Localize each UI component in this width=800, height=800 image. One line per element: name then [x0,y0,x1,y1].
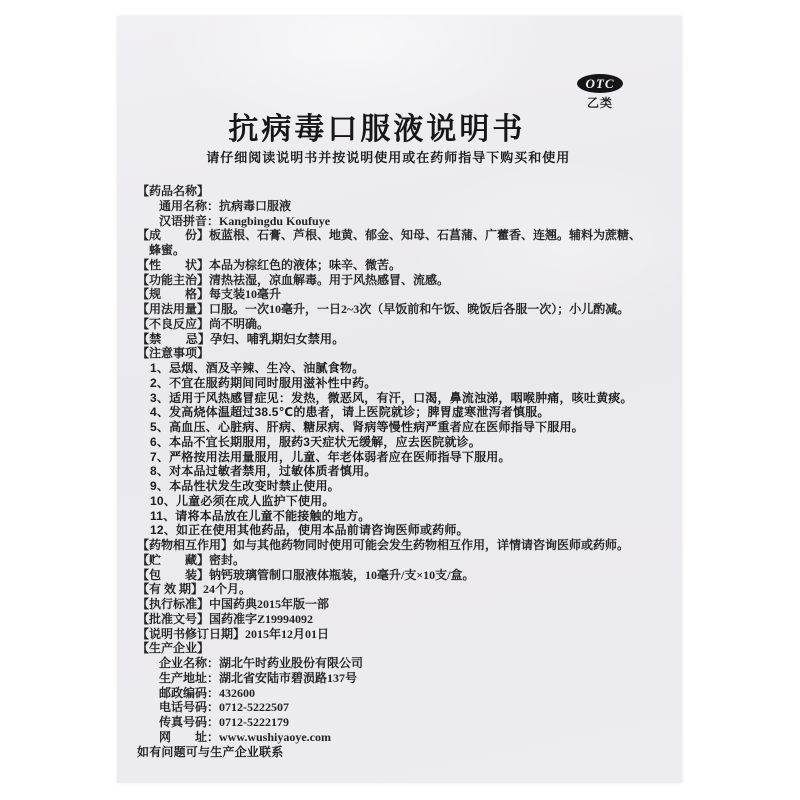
precaution-item-4: 4、发高烧体温超过38.5℃的患者，请上医院就诊；脾胃虚寒泄泻者慎服。 [137,405,660,420]
precaution-item-3: 3、适用于风热感冒症见：发热，微恶风，有汗，口渴，鼻流浊涕，咽喉肿痛，咳吐黄痰。 [137,391,660,406]
precaution-item-5: 5、高血压、心脏病、肝病、糖尿病、肾病等慢性病严重者应在医师指导下服用。 [137,420,660,435]
precaution-item-2: 2、不宜在服药期间同时服用滋补性中药。 [137,376,660,391]
precaution-item-10: 10、儿童必须在成人监护下使用。 [137,494,660,509]
standard-line: 【执行标准】中国药典2015年版一部 [137,597,660,612]
company-name-line: 企业名称：湖北午时药业股份有限公司 [137,656,660,671]
pinyin-line: 汉语拼音：Kangbingdu Koufuye [137,214,660,229]
indications-line: 【功能主治】清热祛湿，凉血解毒。用于风热感冒、流感。 [137,273,660,288]
phone-line: 电话号码：0712-5222507 [137,700,660,715]
packaging-line: 【包 装】钠钙玻璃管制口服液体瓶装，10毫升/支×10支/盒。 [137,568,660,583]
shelf-life-line: 【有 效 期】24个月。 [137,582,660,597]
precaution-item-7: 7、严格按用法用量服用，儿童、年老体弱者应在医师指导下服用。 [137,450,660,465]
leaflet-body: 【药品名称】 通用名称：抗病毒口服液 汉语拼音：Kangbingdu Koufu… [137,184,660,759]
precautions-header: 【注意事项】 [137,346,660,361]
revision-date-line: 【说明书修订日期】2015年12月01日 [137,627,660,642]
precaution-item-12: 12、如正在使用其他药品，使用本品前请咨询医师或药师。 [137,523,660,538]
character-line: 【性 状】本品为棕红色的液体；味辛、微苦。 [137,258,660,273]
precaution-item-6: 6、本品不宜长期服用，服药3天症状无缓解，应去医院就诊。 [137,435,660,450]
adverse-reactions-line: 【不良反应】尚不明确。 [137,317,660,332]
website-line: 网 址：www.wushiyaoye.com [137,730,660,745]
approval-number-line: 【批准文号】国药准字Z19994092 [137,612,660,627]
dosage-line: 【用法用量】口服。一次10毫升，一日2~3次（早饭前和午饭、晚饭后各服一次）；小… [137,302,660,317]
precaution-item-8: 8、对本品过敏者禁用，过敏体质者慎用。 [137,464,660,479]
leaflet-paper: OTC 乙类 抗病毒口服液说明书 请仔细阅读说明书并按说明使用或在药师指导下购买… [117,16,682,783]
otc-badge-icon: OTC [577,74,623,93]
page-subtitle: 请仔细阅读说明书并按说明使用或在药师指导下购买和使用 [117,147,659,166]
precaution-item-9: 9、本品性状发生改变时禁止使用。 [137,479,660,494]
fax-line: 传真号码：0712-5222179 [137,715,660,730]
specification-line: 【规 格】每支装10毫升 [137,287,660,302]
contraindications-line: 【禁 忌】孕妇、哺乳期妇女禁用。 [137,332,660,347]
ingredients-wrap-line: 蜂蜜。 [137,243,660,258]
postcode-line: 邮政编码：432600 [137,686,660,701]
precaution-item-1: 1、忌烟、酒及辛辣、生冷、油腻食物。 [137,361,660,376]
manufacturer-header: 【生产企业】 [137,641,660,656]
drug-interactions-line: 【药物相互作用】如与其他药物同时使用可能会发生药物相互作用，详情请咨询医师或药师… [137,538,660,553]
contact-note-line: 如有问题可与生产企业联系 [137,745,660,760]
precaution-item-11: 11、请将本品放在儿童不能接触的地方。 [137,509,660,524]
page-title: 抗病毒口服液说明书 [117,104,637,148]
section-drug-name: 【药品名称】 [137,184,660,199]
storage-line: 【贮 藏】密封。 [137,553,660,568]
generic-name-line: 通用名称：抗病毒口服液 [137,199,660,214]
company-address-line: 生产地址：湖北省安陆市碧涢路137号 [137,671,660,686]
ingredients-line: 【成 份】板蓝根、石膏、芦根、地黄、郁金、知母、石菖蒲、广藿香、连翘。辅料为蔗糖… [137,228,660,243]
